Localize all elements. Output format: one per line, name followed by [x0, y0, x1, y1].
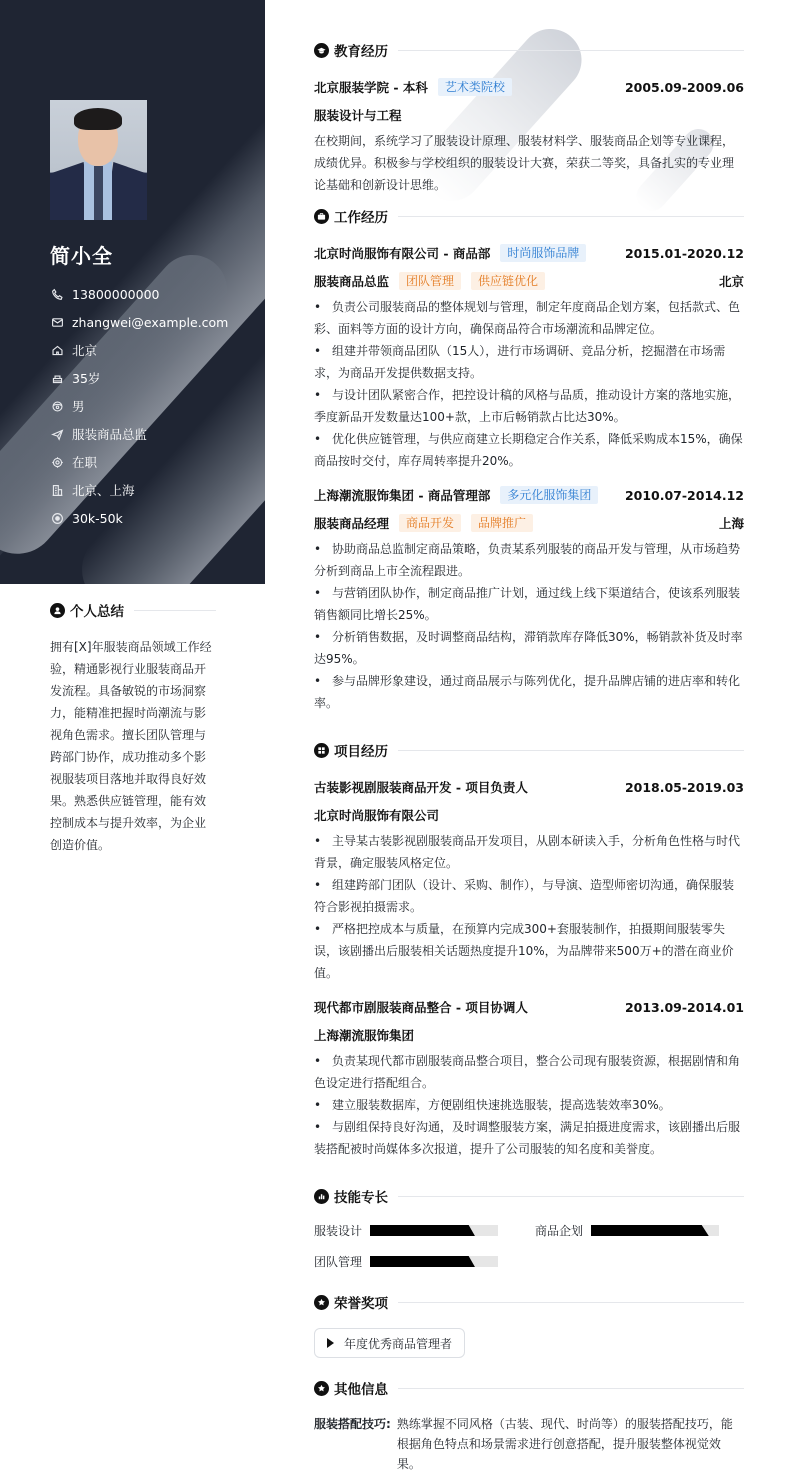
- work-item-header: 北京时尚服饰有限公司 - 商品部 时尚服饰品牌 2015.01-2020.12: [314, 244, 744, 262]
- skill-label: 团队管理: [314, 1253, 370, 1270]
- work-role-row: 服装商品总监 团队管理 供应链优化 北京: [314, 272, 744, 290]
- divider: [398, 216, 744, 217]
- divider: [398, 750, 744, 751]
- contact-age: 35岁: [50, 364, 228, 392]
- role-tag: 团队管理: [399, 272, 461, 290]
- status-icon: [50, 455, 64, 469]
- work-item: 上海潮流服饰集团 - 商品管理部 多元化服饰集团 2010.07-2014.12…: [314, 486, 744, 714]
- school-label: 北京服装学院 - 本科: [314, 78, 428, 96]
- bullet-item: •与设计团队紧密合作，把控设计稿的风格与品质，推动设计方案的落地实施，季度新品开…: [314, 384, 744, 428]
- contact-value: zhangwei@example.com: [72, 315, 228, 330]
- section-title: 荣誉奖项: [334, 1292, 388, 1312]
- phone-icon: [50, 287, 64, 301]
- role-label: 服装商品总监: [314, 272, 389, 290]
- company-label: 上海潮流服饰集团 - 商品管理部: [314, 486, 490, 504]
- divider: [398, 1302, 744, 1303]
- skill-bar-fill: [370, 1225, 475, 1236]
- bar-chart-icon: [314, 1189, 329, 1204]
- section-title: 技能专长: [334, 1186, 388, 1206]
- contact-phone: 13800000000: [50, 280, 228, 308]
- age-icon: [50, 371, 64, 385]
- role-tag: 商品开发: [399, 514, 461, 532]
- section-title: 项目经历: [334, 740, 388, 760]
- contact-salary: 30k-50k: [50, 504, 228, 532]
- avatar: [50, 100, 147, 220]
- skills-grid: 服装设计 商品企划 团队管理: [314, 1222, 744, 1270]
- bullet-item: •与营销团队协作，制定商品推广计划，通过线上线下渠道结合，使该系列服装销售额同比…: [314, 582, 744, 626]
- work-bullets: •负责公司服装商品的整体规划与管理，制定年度商品企划方案，包括款式、色彩、面料等…: [314, 296, 744, 472]
- contact-email: zhangwei@example.com: [50, 308, 228, 336]
- briefcase-icon: [314, 209, 329, 224]
- contact-value: 在职: [72, 453, 97, 471]
- summary-text: 拥有[X]年服装商品领域工作经验，精通影视行业服装商品开发流程。具备敏锐的市场洞…: [50, 636, 216, 856]
- award-label: 年度优秀商品管理者: [344, 1335, 452, 1352]
- info-icon: [314, 1381, 329, 1396]
- work-location: 北京: [719, 272, 744, 290]
- section-title: 其他信息: [334, 1378, 388, 1398]
- company-tag: 时尚服饰品牌: [500, 244, 586, 262]
- role-label: 服装商品经理: [314, 514, 389, 532]
- education-section: 教育经历 北京服装学院 - 本科 艺术类院校 2005.09-2009.06 服…: [314, 40, 744, 196]
- section-title: 工作经历: [334, 206, 388, 226]
- contact-position: 服装商品总监: [50, 420, 228, 448]
- bullet-item: •组建并带领商品团队（15人），进行市场调研、竞品分析，挖掘潜在市场需求，为商品…: [314, 340, 744, 384]
- education-description: 在校期间，系统学习了服装设计原理、服装材料学、服装商品企划等专业课程，成绩优异。…: [314, 130, 744, 196]
- work-item-header: 上海潮流服饰集团 - 商品管理部 多元化服饰集团 2010.07-2014.12: [314, 486, 744, 504]
- skill-bar: [370, 1225, 498, 1236]
- major: 服装设计与工程: [314, 106, 744, 124]
- work-date: 2015.01-2020.12: [625, 246, 744, 261]
- main-content: 教育经历 北京服装学院 - 本科 艺术类院校 2005.09-2009.06 服…: [314, 40, 744, 1474]
- company-label: 北京时尚服饰有限公司 - 商品部: [314, 244, 490, 262]
- other-info-value: 熟练掌握不同风格（古装、现代、时尚等）的服装搭配技巧，能根据角色特点和场景需求进…: [397, 1414, 744, 1474]
- project-company: 北京时尚服饰有限公司: [314, 806, 744, 824]
- project-date: 2018.05-2019.03: [625, 780, 744, 795]
- skill-item: 商品企划: [535, 1222, 744, 1239]
- role-tag: 供应链优化: [471, 272, 545, 290]
- company-tag: 多元化服饰集团: [500, 486, 598, 504]
- project-bullets: •负责某现代都市剧服装商品整合项目，整合公司现有服装资源，根据剧情和角色设定进行…: [314, 1050, 744, 1160]
- skill-bar: [591, 1225, 719, 1236]
- project-item-header: 古装影视剧服装商品开发 - 项目负责人 2018.05-2019.03: [314, 778, 744, 796]
- contact-value: 男: [72, 397, 85, 415]
- other-section: 其他信息 服装搭配技巧: 熟练掌握不同风格（古装、现代、时尚等）的服装搭配技巧，…: [314, 1378, 744, 1474]
- bullet-item: •建立服装数据库，方便剧组快速挑选服装，提高选装效率30%。: [314, 1094, 744, 1116]
- skill-bar-fill: [591, 1225, 709, 1236]
- work-location: 上海: [719, 514, 744, 532]
- bullet-item: •优化供应链管理，与供应商建立长期稳定合作关系，降低采购成本15%，确保商品按时…: [314, 428, 744, 472]
- skill-label: 商品企划: [535, 1222, 591, 1239]
- section-title: 个人总结: [70, 600, 124, 620]
- contact-value: 北京、上海: [72, 481, 135, 499]
- contact-city: 北京、上海: [50, 476, 228, 504]
- home-icon: [50, 343, 64, 357]
- contact-gender: 男: [50, 392, 228, 420]
- grid-icon: [314, 743, 329, 758]
- work-header: 工作经历: [314, 206, 744, 226]
- contact-value: 服装商品总监: [72, 425, 147, 443]
- section-title: 教育经历: [334, 40, 388, 60]
- divider: [398, 50, 744, 51]
- bullet-item: •协助商品总监制定商品策略，负责某系列服装的商品开发与管理，从市场趋势分析到商品…: [314, 538, 744, 582]
- project-name: 现代都市剧服装商品整合 - 项目协调人: [314, 998, 528, 1016]
- education-date: 2005.09-2009.06: [625, 80, 744, 95]
- bullet-item: •负责某现代都市剧服装商品整合项目，整合公司现有服装资源，根据剧情和角色设定进行…: [314, 1050, 744, 1094]
- user-circle-icon: [50, 603, 65, 618]
- award-icon: [314, 1295, 329, 1310]
- mail-icon: [50, 315, 64, 329]
- school-tag: 艺术类院校: [438, 78, 512, 96]
- contact-value: 30k-50k: [72, 511, 123, 526]
- project-bullets: •主导某古装影视剧服装商品开发项目，从剧本研读入手，分析角色性格与时代背景，确定…: [314, 830, 744, 984]
- position-icon: [50, 427, 64, 441]
- gender-icon: [50, 399, 64, 413]
- salary-icon: [50, 511, 64, 525]
- contact-value: 35岁: [72, 369, 100, 387]
- awards-header: 荣誉奖项: [314, 1292, 744, 1312]
- divider: [134, 610, 216, 611]
- project-date: 2013.09-2014.01: [625, 1000, 744, 1015]
- skills-section: 技能专长 服装设计 商品企划 团队管理: [314, 1186, 744, 1270]
- bullet-item: •负责公司服装商品的整体规划与管理，制定年度商品企划方案，包括款式、色彩、面料等…: [314, 296, 744, 340]
- project-company: 上海潮流服饰集团: [314, 1026, 744, 1044]
- skill-item: 团队管理: [314, 1253, 535, 1270]
- work-bullets: •协助商品总监制定商品策略，负责某系列服装的商品开发与管理，从市场趋势分析到商品…: [314, 538, 744, 714]
- bullet-item: •与剧组保持良好沟通，及时调整服装方案，满足拍摄进度需求，该剧播出后服装搭配被时…: [314, 1116, 744, 1160]
- work-date: 2010.07-2014.12: [625, 488, 744, 503]
- summary-section: 个人总结 拥有[X]年服装商品领域工作经验，精通影视行业服装商品开发流程。具备敏…: [50, 600, 216, 856]
- work-section: 工作经历 北京时尚服饰有限公司 - 商品部 时尚服饰品牌 2015.01-202…: [314, 206, 744, 714]
- project-item-header: 现代都市剧服装商品整合 - 项目协调人 2013.09-2014.01: [314, 998, 744, 1016]
- skill-bar: [370, 1256, 498, 1267]
- work-role-row: 服装商品经理 商品开发 品牌推广 上海: [314, 514, 744, 532]
- education-item-header: 北京服装学院 - 本科 艺术类院校 2005.09-2009.06: [314, 78, 744, 96]
- contact-value: 北京: [72, 341, 97, 359]
- projects-section: 项目经历 古装影视剧服装商品开发 - 项目负责人 2018.05-2019.03…: [314, 740, 744, 1160]
- bullet-item: •严格把控成本与质量，在预算内完成300+套服装制作，拍摄期间服装零失误，该剧播…: [314, 918, 744, 984]
- skill-item: 服装设计: [314, 1222, 535, 1239]
- bullet-item: •主导某古装影视剧服装商品开发项目，从剧本研读入手，分析角色性格与时代背景，确定…: [314, 830, 744, 874]
- company-name: 上海潮流服饰集团 - 商品管理部 多元化服饰集团: [314, 486, 598, 504]
- skills-header: 技能专长: [314, 1186, 744, 1206]
- school-name: 北京服装学院 - 本科 艺术类院校: [314, 78, 512, 96]
- contact-list: 13800000000 zhangwei@example.com 北京 35岁 …: [50, 280, 228, 532]
- other-info-key: 服装搭配技巧:: [314, 1414, 391, 1474]
- contact-home: 北京: [50, 336, 228, 364]
- role: 服装商品经理 商品开发 品牌推广: [314, 514, 533, 532]
- graduation-cap-icon: [314, 43, 329, 58]
- contact-value: 13800000000: [72, 287, 159, 302]
- skill-bar-fill: [370, 1256, 475, 1267]
- other-info-row: 服装搭配技巧: 熟练掌握不同风格（古装、现代、时尚等）的服装搭配技巧，能根据角色…: [314, 1414, 744, 1474]
- divider: [398, 1388, 744, 1389]
- award-item[interactable]: 年度优秀商品管理者: [314, 1328, 465, 1358]
- project-name: 古装影视剧服装商品开发 - 项目负责人: [314, 778, 528, 796]
- projects-header: 项目经历: [314, 740, 744, 760]
- company-name: 北京时尚服饰有限公司 - 商品部 时尚服饰品牌: [314, 244, 586, 262]
- bullet-item: •组建跨部门团队（设计、采购、制作），与导演、造型师密切沟通，确保服装符合影视拍…: [314, 874, 744, 918]
- project-item: 古装影视剧服装商品开发 - 项目负责人 2018.05-2019.03 北京时尚…: [314, 778, 744, 984]
- summary-header: 个人总结: [50, 600, 216, 620]
- candidate-name: 简小全: [50, 240, 113, 269]
- role-tag: 品牌推广: [471, 514, 533, 532]
- bullet-item: •分析销售数据，及时调整商品结构，滞销款库存降低30%，畅销款补货及时率达95%…: [314, 626, 744, 670]
- play-triangle-icon: [327, 1338, 334, 1348]
- other-header: 其他信息: [314, 1378, 744, 1398]
- work-item: 北京时尚服饰有限公司 - 商品部 时尚服饰品牌 2015.01-2020.12 …: [314, 244, 744, 472]
- bullet-item: •参与品牌形象建设，通过商品展示与陈列优化，提升品牌店铺的进店率和转化率。: [314, 670, 744, 714]
- education-header: 教育经历: [314, 40, 744, 60]
- role: 服装商品总监 团队管理 供应链优化: [314, 272, 545, 290]
- divider: [398, 1196, 744, 1197]
- project-item: 现代都市剧服装商品整合 - 项目协调人 2013.09-2014.01 上海潮流…: [314, 998, 744, 1160]
- sidebar-profile-panel: 简小全 13800000000 zhangwei@example.com 北京 …: [0, 0, 265, 584]
- awards-section: 荣誉奖项 年度优秀商品管理者: [314, 1292, 744, 1358]
- city-icon: [50, 483, 64, 497]
- skill-label: 服装设计: [314, 1222, 370, 1239]
- contact-status: 在职: [50, 448, 228, 476]
